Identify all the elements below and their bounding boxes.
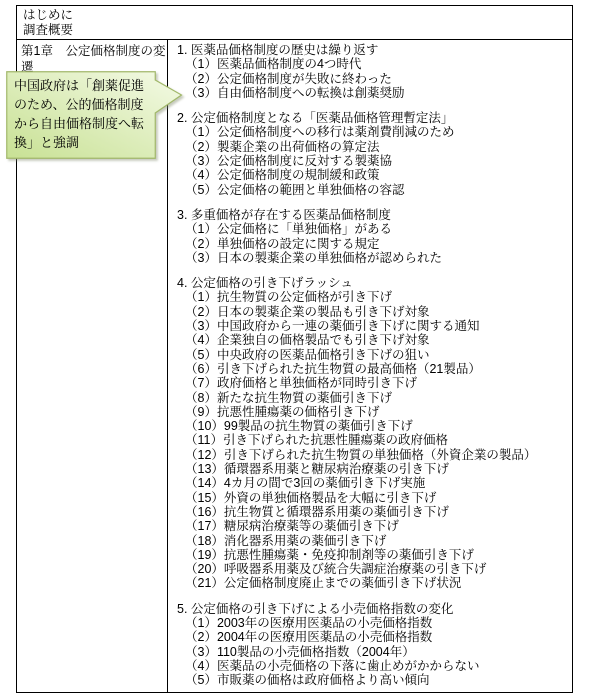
toc-section: 5. 公定価格の引き下げによる小売価格指数の変化（1）2003年の医療用医薬品の…: [177, 602, 568, 688]
toc-section: 2. 公定価格制度となる「医薬品価格管理暫定法」（1）公定価格制度への移行は薬剤…: [177, 111, 568, 197]
toc-item: （4）医薬品の小売価格の下落に歯止めがかからない: [185, 659, 568, 673]
toc-section: 3. 多重価格が存在する医薬品価格制度（1）公定価格に「単独価格」がある（2）単…: [177, 208, 568, 265]
toc-item: （18）消化器系用薬の薬価引き下げ: [185, 534, 568, 548]
toc-item: （3）110製品の小売価格指数（2004年）: [185, 645, 568, 659]
toc-item: （3）公定価格制度に反対する製薬協: [185, 154, 568, 168]
toc-item: （5）中央政府の医薬品価格引き下げの狙い: [185, 348, 568, 362]
toc-item: （1）公定価格に「単独価格」がある: [185, 222, 568, 236]
callout-bubble: 中国政府は「創薬促進のため、公的価格制度から自由価格制度へ転換」と強調: [6, 71, 186, 163]
toc-item: （5）公定価格の範囲と単独価格の容認: [185, 183, 568, 197]
toc-item: （13）循環器系用薬と糖尿病治療薬の引き下げ: [185, 462, 568, 476]
toc-item: （14）4カ月の間で3回の薬価引き下げ実施: [185, 476, 568, 490]
toc-item: （3）日本の製薬企業の単独価格が認められた: [185, 251, 568, 265]
toc-item: （1）抗生物質の公定価格が引き下げ: [185, 290, 568, 304]
toc-item: （2）日本の製薬企業の製品も引き下げ対象: [185, 305, 568, 319]
toc-item: （3）中国政府から一連の薬価引き下げに関する通知: [185, 319, 568, 333]
toc-item: （3）自由価格制度への転換は創薬奨励: [185, 86, 568, 100]
header-line-chousagaiyou: 調査概要: [23, 23, 572, 38]
toc-item: （21）公定価格制度廃止までの薬価引き下げ状況: [185, 576, 568, 590]
header-line-hajimeni: はじめに: [23, 8, 572, 23]
toc-item: （20）呼吸器系用薬及び統合失調症治療薬の引き下げ: [185, 562, 568, 576]
toc-section-title: 4. 公定価格の引き下げラッシュ: [177, 276, 568, 290]
toc-item: （19）抗悪性腫瘍薬・免疫抑制剤等の薬価引き下げ: [185, 548, 568, 562]
toc-item: （4）企業独自の価格製品でも引き下げ対象: [185, 333, 568, 347]
toc-item: （17）糖尿病治療薬等の薬価引き下げ: [185, 519, 568, 533]
toc-item: （8）新たな抗生物質の薬価引き下げ: [185, 391, 568, 405]
header-row: はじめに 調査概要: [17, 6, 572, 40]
toc-item: （12）引き下げられた抗生物質の単独価格（外資企業の製品）: [185, 448, 568, 462]
toc-item: （6）引き下げられた抗生物質の最高価格（21製品）: [185, 362, 568, 376]
toc-item: （1）2003年の医療用医薬品の小売価格指数: [185, 616, 568, 630]
toc-item: （4）公定価格制度の規制緩和政策: [185, 168, 568, 182]
toc-item: （5）市販薬の価格は政府価格より高い傾向: [185, 673, 568, 687]
toc-item: （16）抗生物質と循環器系用薬の薬価引き下げ: [185, 505, 568, 519]
toc-item: （2）2004年の医療用医薬品の小売価格指数: [185, 630, 568, 644]
toc-item: （9）抗悪性腫瘍薬の価格引き下げ: [185, 405, 568, 419]
toc-section: 1. 医薬品価格制度の歴史は繰り返す（1）医薬品価格制度の4つ時代（2）公定価格…: [177, 43, 568, 100]
toc-item: （7）政府価格と単独価格が同時引き下げ: [185, 376, 568, 390]
toc-section-title: 3. 多重価格が存在する医薬品価格制度: [177, 208, 568, 222]
toc-section: 4. 公定価格の引き下げラッシュ（1）抗生物質の公定価格が引き下げ（2）日本の製…: [177, 276, 568, 591]
toc-item: （2）製薬企業の出荷価格の算定法: [185, 140, 568, 154]
toc-item: （15）外資の単独価格製品を大幅に引き下げ: [185, 491, 568, 505]
toc-section-title: 2. 公定価格制度となる「医薬品価格管理暫定法」: [177, 111, 568, 125]
toc-item: （2）公定価格制度が失敗に終わった: [185, 72, 568, 86]
toc-section-title: 1. 医薬品価格制度の歴史は繰り返す: [177, 43, 568, 57]
toc-item: （1）医薬品価格制度の4つ時代: [185, 57, 568, 71]
contents-cell: 1. 医薬品価格制度の歴史は繰り返す（1）医薬品価格制度の4つ時代（2）公定価格…: [168, 40, 572, 692]
toc-item: （1）公定価格制度への移行は薬剤費削減のため: [185, 125, 568, 139]
toc-item: （11）引き下げられた抗悪性腫瘍薬の政府価格: [185, 433, 568, 447]
callout-text: 中国政府は「創薬促進のため、公的価格制度から自由価格制度へ転換」と強調: [14, 76, 151, 152]
toc-section-title: 5. 公定価格の引き下げによる小売価格指数の変化: [177, 602, 568, 616]
page: はじめに 調査概要 第1章 公定価格制度の変遷 1. 医薬品価格制度の歴史は繰り…: [0, 0, 590, 700]
toc-item: （10）99製品の抗生物質の薬価引き下げ: [185, 419, 568, 433]
toc-item: （2）単独価格の設定に関する規定: [185, 237, 568, 251]
